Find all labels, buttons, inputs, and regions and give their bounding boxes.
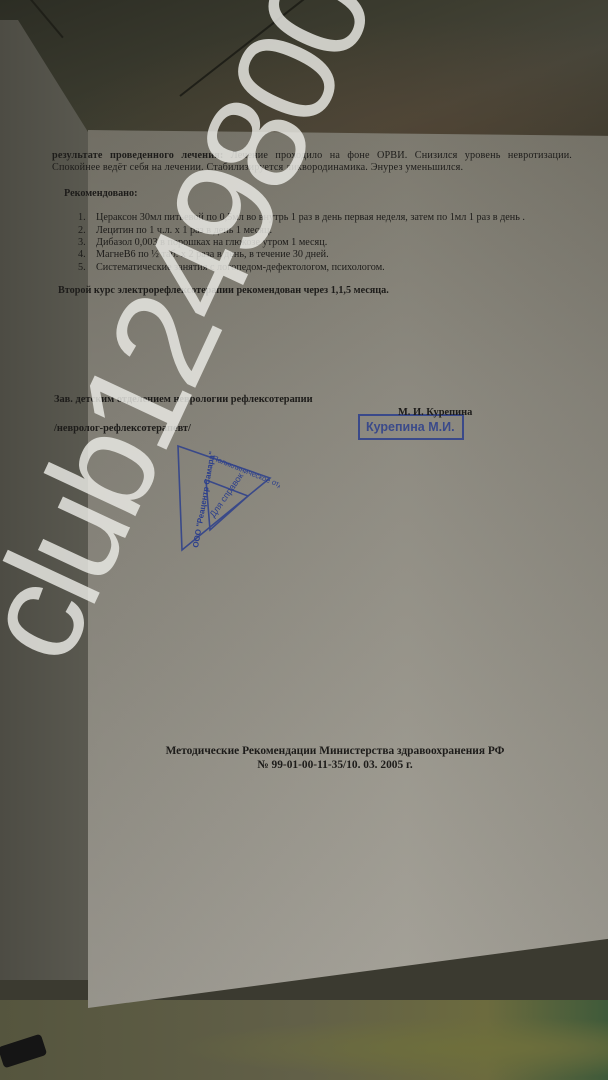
- document-footer: Методические Рекомендации Министерства з…: [100, 744, 570, 772]
- list-item: 5.Систематические занятия с логопедом-де…: [52, 262, 572, 274]
- signature-title-line2: /невролог-рефлексотерапевт/: [54, 423, 191, 434]
- item-number: 5.: [78, 262, 86, 274]
- list-item: 4.МагнеВ6 по ½ таб. х 2 раза в день, в т…: [52, 249, 572, 261]
- item-number: 1.: [78, 212, 86, 224]
- item-text: Лецитин по 1 ч.л. х 1 раз в день 1 месяц…: [96, 225, 272, 236]
- item-number: 2.: [78, 225, 86, 237]
- list-item: 3.Дибазол 0,003 в порошках на глюкозе ут…: [52, 237, 572, 249]
- item-text: Дибазол 0,003 в порошках на глюкозе утро…: [96, 237, 327, 248]
- signature-name: М. И. Курепина: [398, 407, 472, 418]
- signature-title-line1: Зав. детским отделением неврологии рефле…: [54, 394, 313, 405]
- item-text: МагнеВ6 по ½ таб. х 2 раза в день, в теч…: [96, 249, 329, 260]
- list-item: 2.Лецитин по 1 ч.л. х 1 раз в день 1 мес…: [52, 225, 572, 237]
- result-label: результате проведенного лечения:: [52, 150, 223, 161]
- list-item: 1.Цераксон 30мл питьевой по 0,5мл во вну…: [52, 212, 572, 224]
- footer-line2: № 99-01-00-11-35/10. 03. 2005 г.: [100, 758, 570, 772]
- recommendations-list: 1.Цераксон 30мл питьевой по 0,5мл во вну…: [52, 212, 572, 274]
- background-fabric-bottom: [0, 1000, 608, 1080]
- item-text: Систематические занятия с логопедом-дефе…: [96, 262, 385, 273]
- recommended-heading: Рекомендовано:: [64, 188, 572, 200]
- triangle-stamp-icon: ООО "Реацентр Самара" Поликлиническое от…: [170, 438, 280, 558]
- item-text: Цераксон 30мл питьевой по 0,5мл во внутр…: [96, 212, 525, 223]
- svg-text:ООО "Реацентр Самара": ООО "Реацентр Самара": [191, 450, 217, 548]
- treatment-result-paragraph: результате проведенного лечения: Лечение…: [52, 150, 572, 175]
- svg-text:Для справок: Для справок: [207, 471, 245, 519]
- item-number: 4.: [78, 249, 86, 261]
- item-number: 3.: [78, 237, 86, 249]
- footer-line1: Методические Рекомендации Министерства з…: [100, 744, 570, 758]
- document-body: результате проведенного лечения: Лечение…: [52, 150, 572, 298]
- second-course-note: Второй курс электрорефлексотерапии реком…: [58, 285, 572, 297]
